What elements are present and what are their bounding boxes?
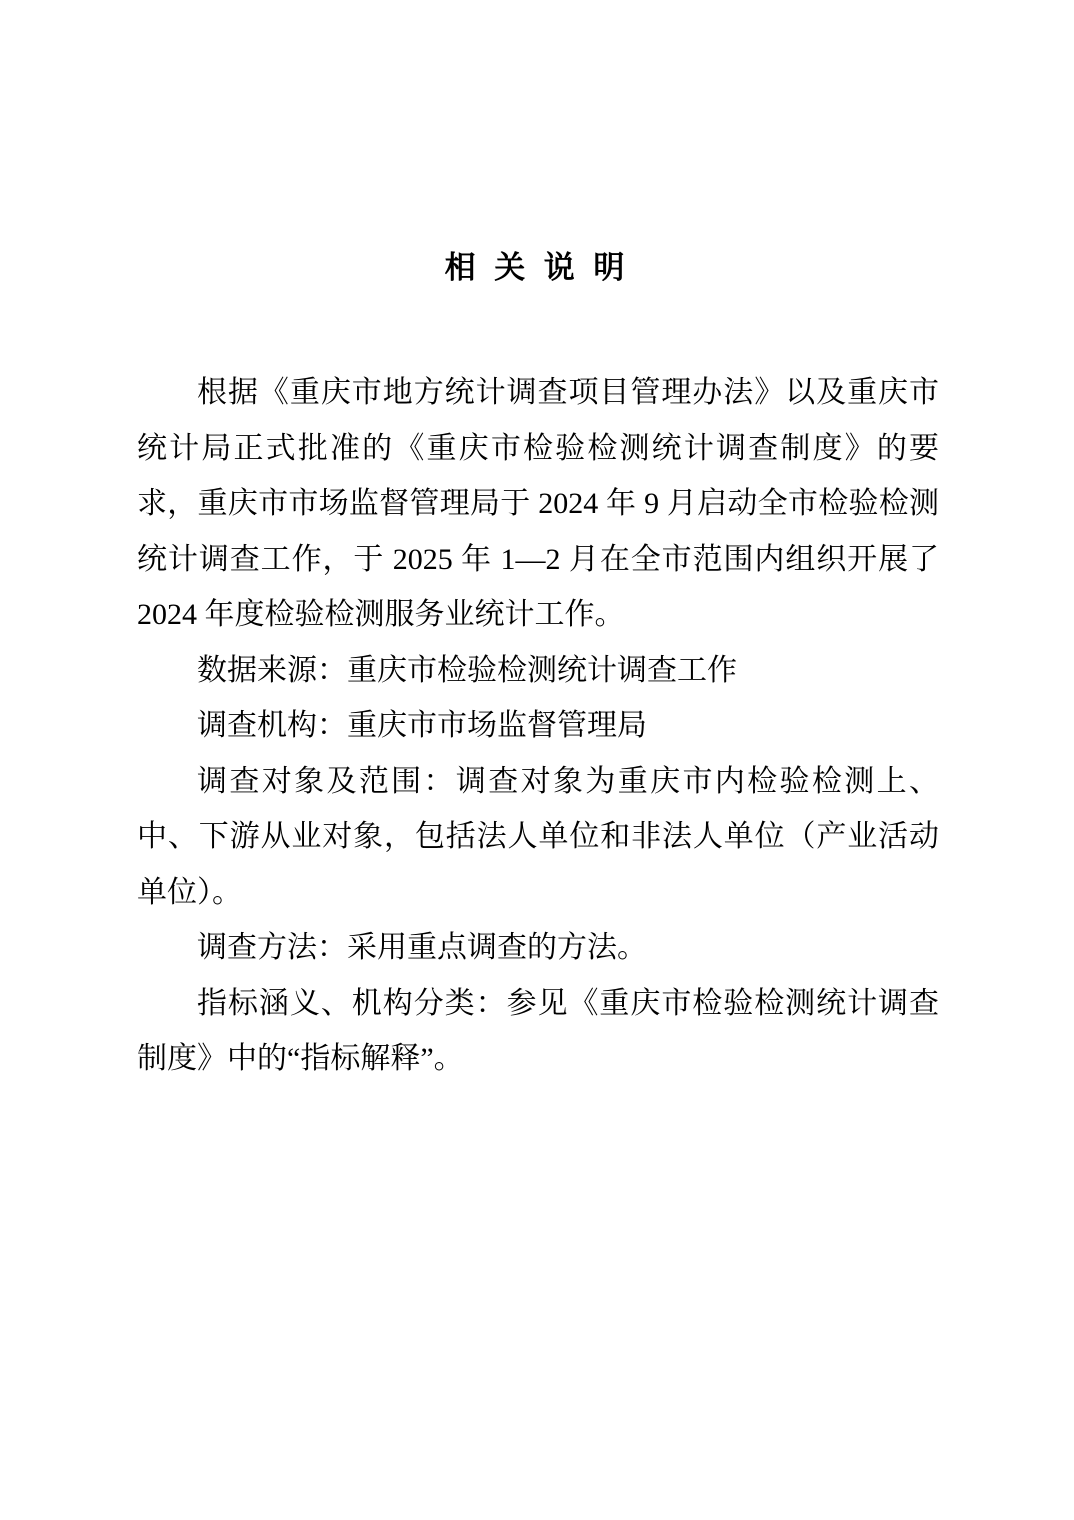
page-title: 相 关 说 明 [0, 247, 1074, 289]
paragraph-intro: 根据《重庆市地方统计调查项目管理办法》以及重庆市统计局正式批准的《重庆市检验检测… [137, 365, 939, 643]
paragraph-data-source: 数据来源：重庆市检验检测统计调查工作 [137, 643, 939, 699]
paragraph-indicator-definitions: 指标涵义、机构分类：参见《重庆市检验检测统计调查制度》中的“指标解释”。 [137, 976, 939, 1087]
paragraph-survey-agency: 调查机构：重庆市市场监督管理局 [137, 698, 939, 754]
paragraph-survey-method: 调查方法：采用重点调查的方法。 [137, 920, 939, 976]
document-body: 根据《重庆市地方统计调查项目管理办法》以及重庆市统计局正式批准的《重庆市检验检测… [137, 365, 939, 1087]
document-page: 相 关 说 明 根据《重庆市地方统计调查项目管理办法》以及重庆市统计局正式批准的… [0, 0, 1074, 1520]
paragraph-survey-scope: 调查对象及范围：调查对象为重庆市内检验检测上、中、下游从业对象，包括法人单位和非… [137, 754, 939, 921]
